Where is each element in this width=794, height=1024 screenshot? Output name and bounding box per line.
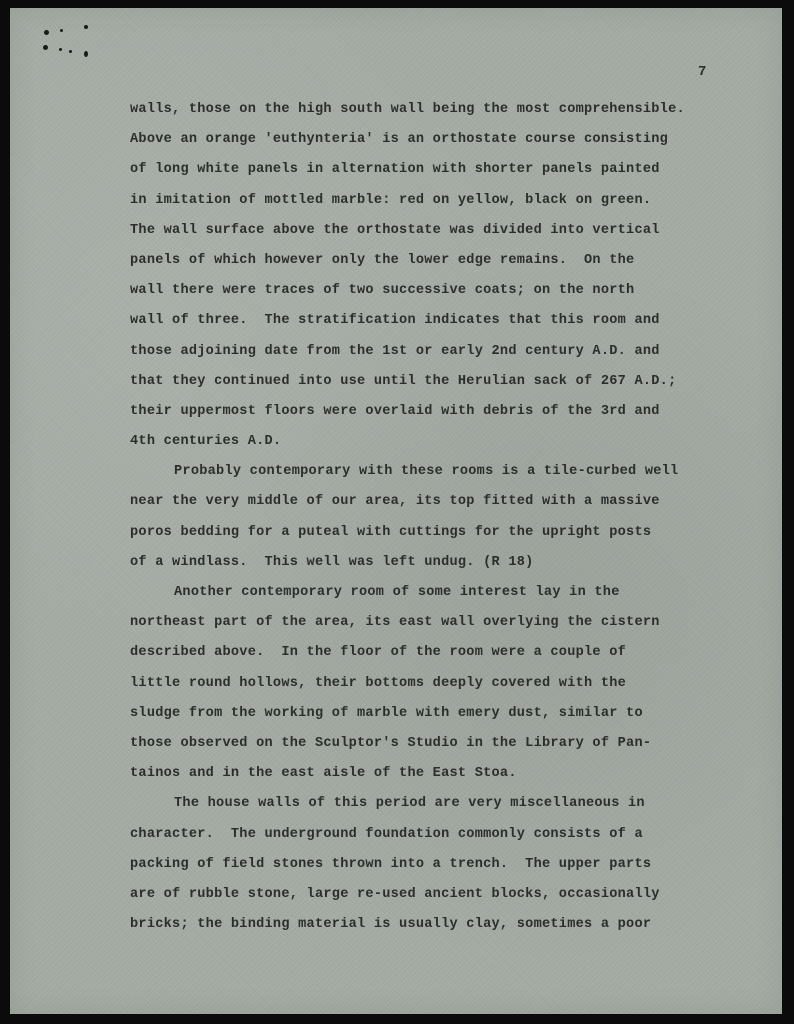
text-line: are of rubble stone, large re-used ancie… [130,880,750,910]
punch-hole-mark [60,29,63,32]
punch-hole-mark [84,25,88,29]
text-line: northeast part of the area, its east wal… [130,608,750,638]
punch-hole-mark [84,51,88,57]
text-line: those adjoining date from the 1st or ear… [130,337,750,367]
text-line: those observed on the Sculptor's Studio … [130,729,750,759]
text-line: of long white panels in alternation with… [130,155,750,185]
text-line: Above an orange 'euthynteria' is an orth… [130,125,750,155]
text-line: their uppermost floors were overlaid wit… [130,397,750,427]
text-line: panels of which however only the lower e… [130,246,750,276]
text-line: wall of three. The stratification indica… [130,306,750,336]
page-number: 7 [698,64,706,80]
text-line: packing of field stones thrown into a tr… [130,850,750,880]
punch-hole-mark [43,45,48,50]
text-line: of a windlass. This well was left undug.… [130,548,750,578]
punch-hole-mark [59,48,62,51]
body-text: walls, those on the high south wall bein… [130,95,750,940]
text-line: tainos and in the east aisle of the East… [130,759,750,789]
paragraph: The house walls of this period are very … [130,789,750,940]
text-line: in imitation of mottled marble: red on y… [130,186,750,216]
punch-hole-mark [69,50,72,53]
text-line: bricks; the binding material is usually … [130,910,750,940]
text-line: described above. In the floor of the roo… [130,638,750,668]
paragraph: walls, those on the high south wall bein… [130,95,750,457]
text-line: 4th centuries A.D. [130,427,750,457]
punch-hole-mark [44,30,49,35]
text-line: sludge from the working of marble with e… [130,699,750,729]
paragraph: Probably contemporary with these rooms i… [130,457,750,578]
text-line: Probably contemporary with these rooms i… [130,457,750,487]
text-line: wall there were traces of two successive… [130,276,750,306]
text-line: walls, those on the high south wall bein… [130,95,750,125]
text-line: Another contemporary room of some intere… [130,578,750,608]
text-line: that they continued into use until the H… [130,367,750,397]
text-line: The wall surface above the orthostate wa… [130,216,750,246]
text-line: The house walls of this period are very … [130,789,750,819]
text-line: poros bedding for a puteal with cuttings… [130,518,750,548]
text-line: near the very middle of our area, its to… [130,487,750,517]
paragraph: Another contemporary room of some intere… [130,578,750,789]
text-line: character. The underground foundation co… [130,820,750,850]
text-line: little round hollows, their bottoms deep… [130,669,750,699]
